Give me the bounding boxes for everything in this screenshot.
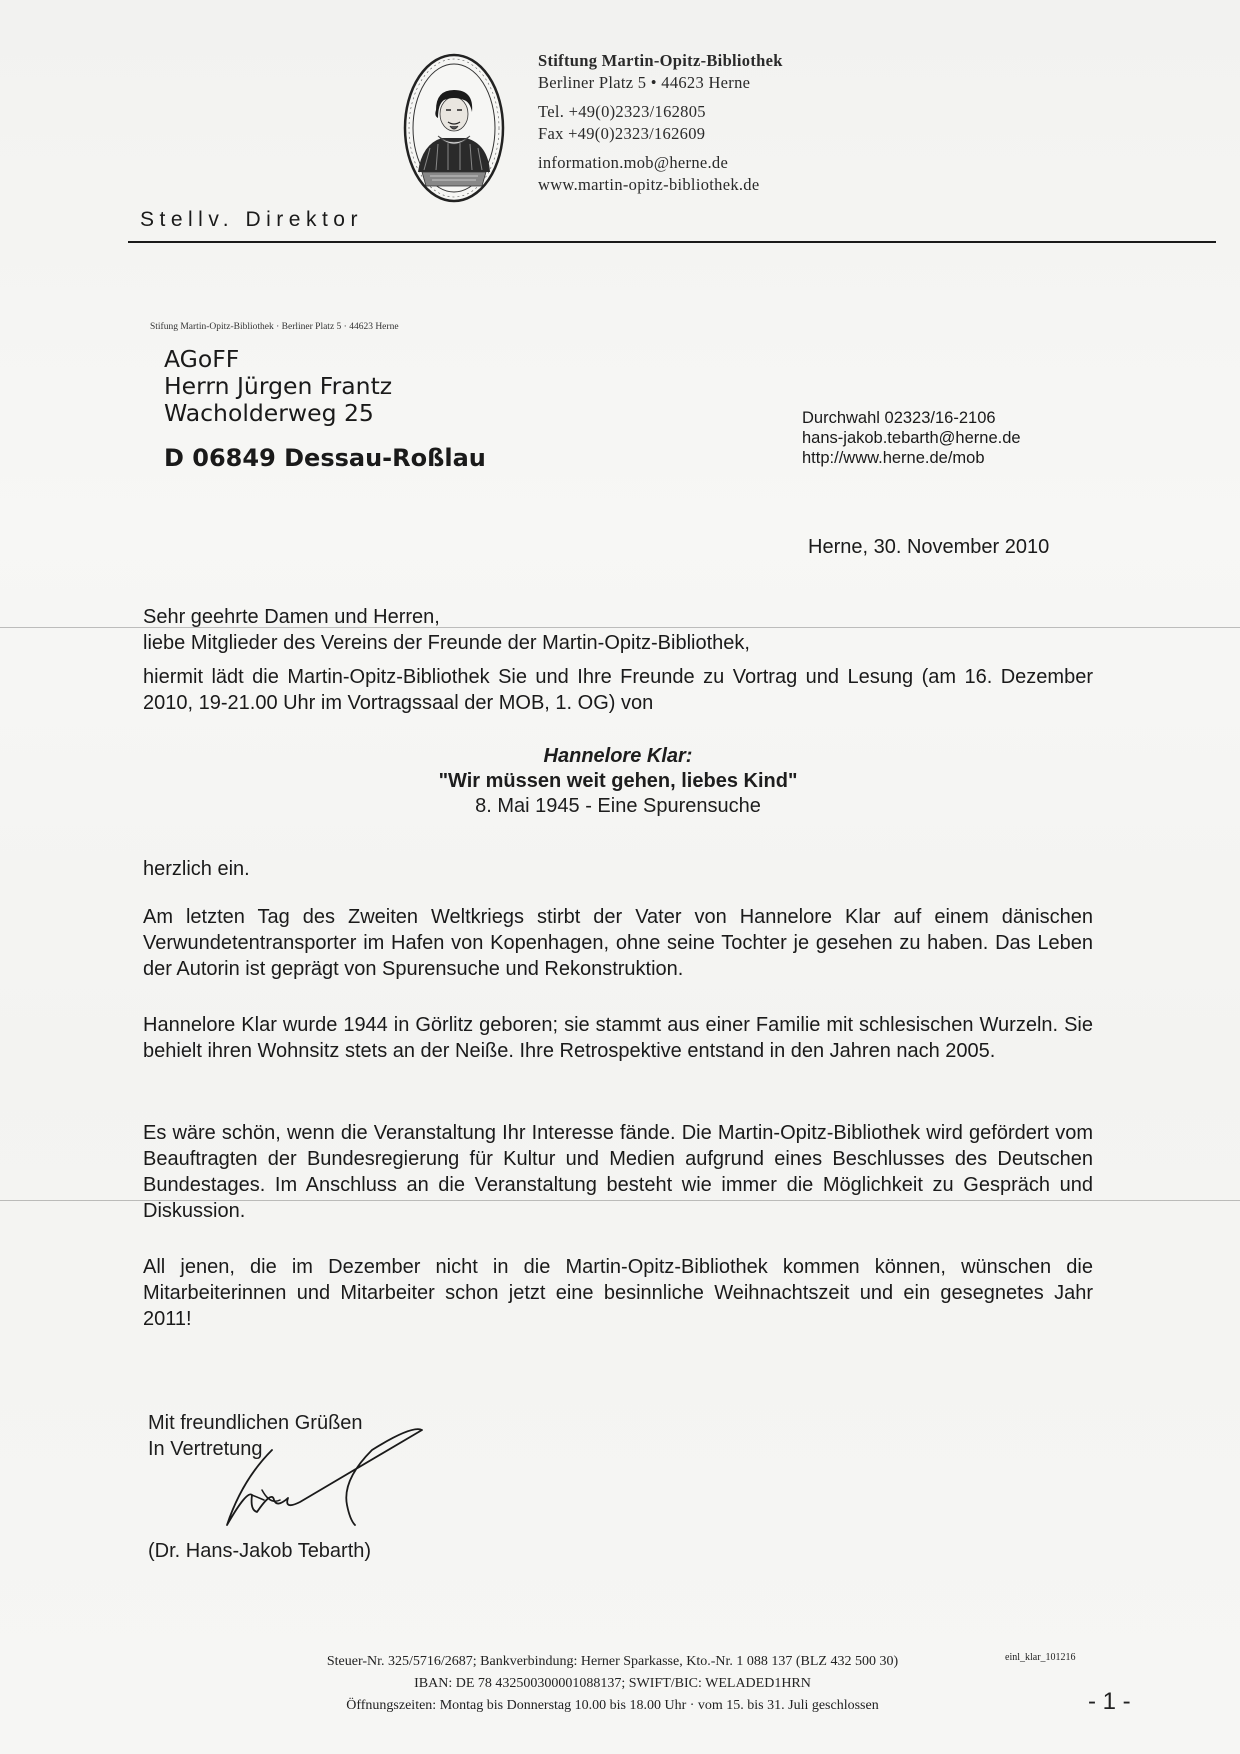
salutation-line: Sehr geehrte Damen und Herren,	[143, 604, 1093, 630]
portrait-medallion-icon	[402, 52, 506, 204]
event-subtitle: 8. Mai 1945 - Eine Spurensuche	[143, 794, 1093, 819]
direct-contact-block: Durchwahl 02323/16-2106 hans-jakob.tebar…	[802, 408, 1021, 468]
sender-role: Stellv. Direktor	[140, 208, 363, 232]
signer-name: (Dr. Hans-Jakob Tebarth)	[148, 1540, 371, 1563]
org-tel: Tel. +49(0)2323/162805	[538, 101, 783, 123]
handwritten-signature-icon	[222, 1420, 452, 1545]
event-title: "Wir müssen weit gehen, liebes Kind"	[143, 769, 1093, 794]
org-email[interactable]: information.mob@herne.de	[538, 152, 783, 174]
org-fax: Fax +49(0)2323/162609	[538, 123, 783, 145]
invitation-paragraph: hiermit lädt die Martin-Opitz-Bibliothek…	[143, 664, 1093, 716]
event-title-block: Hannelore Klar: "Wir müssen weit gehen, …	[143, 744, 1093, 819]
letterhead-contact-block: Stiftung Martin-Opitz-Bibliothek Berline…	[538, 50, 783, 196]
footer-opening-hours: Öffnungszeiten: Montag bis Donnerstag 10…	[240, 1695, 985, 1717]
body-paragraph: All jenen, die im Dezember nicht in die …	[143, 1254, 1093, 1332]
footer-tax-bank: Steuer-Nr. 325/5716/2687; Bankverbindung…	[240, 1651, 985, 1673]
return-address-line: Stifung Martin-Opitz-Bibliothek · Berlin…	[150, 322, 399, 332]
direct-email[interactable]: hans-jakob.tebarth@herne.de	[802, 428, 1021, 448]
page-number: - 1 -	[1088, 1688, 1131, 1716]
salutation-line: liebe Mitglieder des Vereins der Freunde…	[143, 630, 1093, 656]
recipient-address: AGoFF Herrn Jürgen Frantz Wacholderweg 2…	[164, 346, 486, 472]
letter-date: Herne, 30. November 2010	[808, 536, 1049, 559]
salutation: Sehr geehrte Damen und Herren, liebe Mit…	[143, 604, 1093, 656]
closing-invite: herzlich ein.	[143, 856, 1093, 882]
direct-phone: Durchwahl 02323/16-2106	[802, 408, 1021, 428]
event-author: Hannelore Klar:	[143, 744, 1093, 769]
body-paragraph: Es wäre schön, wenn die Veranstaltung Ih…	[143, 1120, 1093, 1224]
document-reference: einl_klar_101216	[1005, 1652, 1076, 1663]
org-address: Berliner Platz 5 • 44623 Herne	[538, 72, 783, 94]
recipient-line: Wacholderweg 25	[164, 400, 486, 427]
org-website[interactable]: www.martin-opitz-bibliothek.de	[538, 174, 783, 196]
letterhead-divider	[128, 241, 1216, 243]
body-paragraph: Hannelore Klar wurde 1944 in Görlitz geb…	[143, 1012, 1093, 1064]
org-name: Stiftung Martin-Opitz-Bibliothek	[538, 50, 783, 72]
body-paragraph: Am letzten Tag des Zweiten Weltkriegs st…	[143, 904, 1093, 982]
letter-page: Stiftung Martin-Opitz-Bibliothek Berline…	[0, 0, 1240, 1754]
direct-url[interactable]: http://www.herne.de/mob	[802, 448, 1021, 468]
recipient-line: Herrn Jürgen Frantz	[164, 373, 486, 400]
letter-footer: Steuer-Nr. 325/5716/2687; Bankverbindung…	[240, 1651, 985, 1717]
footer-iban: IBAN: DE 78 432500300001088137; SWIFT/BI…	[240, 1673, 985, 1695]
recipient-line: AGoFF	[164, 346, 486, 373]
recipient-city: D 06849 Dessau-Roßlau	[164, 445, 486, 472]
